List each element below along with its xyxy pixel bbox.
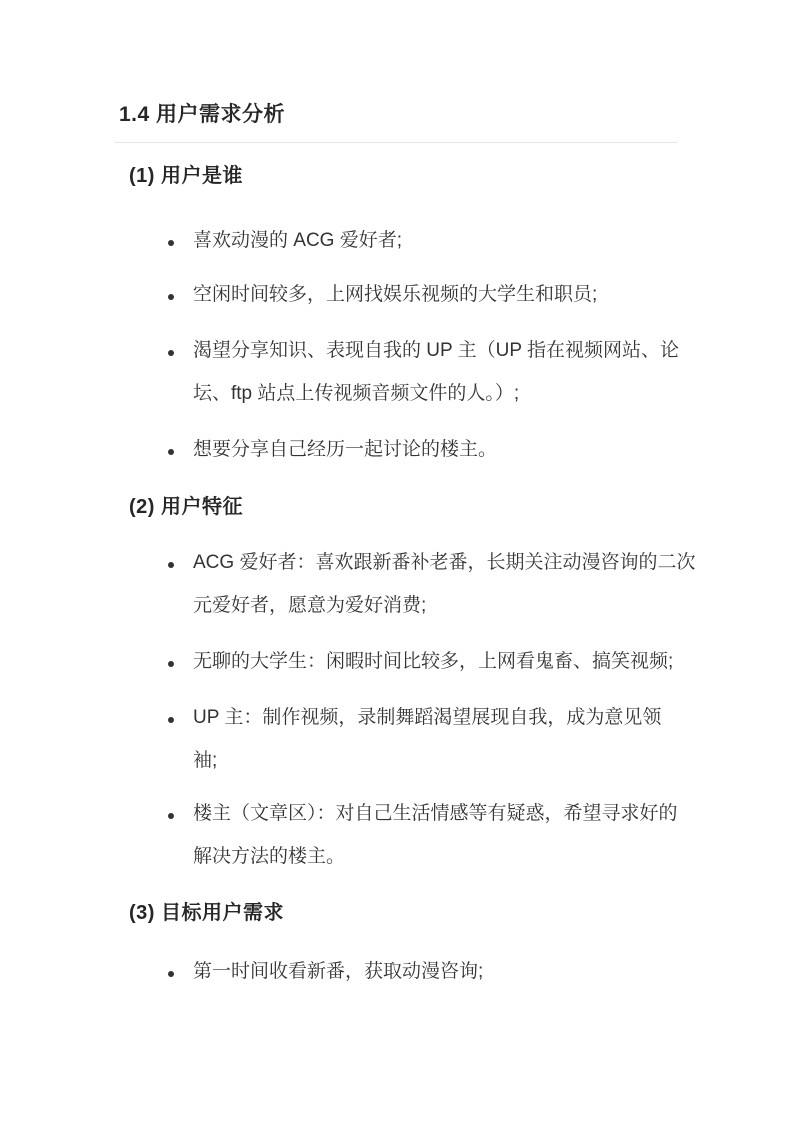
section-heading-1: (1) 用户是谁: [129, 166, 243, 186]
list-item-line: 元爱好者，愿意为爱好消费;: [193, 584, 695, 627]
bullet-dot-icon: [168, 294, 174, 300]
list-item-line: 喜欢动漫的 ACG 爱好者;: [193, 219, 402, 262]
list-item: 无聊的大学生：闲暇时间比较多，上网看鬼畜、搞笑视频;: [193, 640, 673, 683]
bullet-dot-icon: [168, 350, 174, 356]
section-heading-2: (2) 用户特征: [129, 497, 243, 517]
list-item-line: 想要分享自己经历一起讨论的楼主。: [193, 428, 497, 471]
list-item-line: UP 主：制作视频，录制舞蹈渴望展现自我，成为意见领: [193, 696, 661, 739]
bullet-dot-icon: [168, 240, 174, 246]
list-item: ACG 爱好者：喜欢跟新番补老番，长期关注动漫咨询的二次 元爱好者，愿意为爱好消…: [193, 541, 695, 627]
list-item-line: 坛、ftp 站点上传视频音频文件的人。）;: [193, 372, 679, 415]
list-item: 喜欢动漫的 ACG 爱好者;: [193, 219, 402, 262]
list-item-line: 解决方法的楼主。: [193, 835, 678, 878]
bullet-dot-icon: [168, 562, 174, 568]
bullet-dot-icon: [168, 661, 174, 667]
bullet-dot-icon: [168, 717, 174, 723]
document-page: 1.4 用户需求分析 (1) 用户是谁 喜欢动漫的 ACG 爱好者; 空闲时间较…: [0, 0, 793, 1122]
list-item: 想要分享自己经历一起讨论的楼主。: [193, 428, 497, 471]
list-item-line: 渴望分享知识、表现自我的 UP 主（UP 指在视频网站、论: [193, 329, 679, 372]
divider: [115, 142, 677, 143]
list-item-line: ACG 爱好者：喜欢跟新番补老番，长期关注动漫咨询的二次: [193, 541, 695, 584]
list-item-line: 楼主（文章区）：对自己生活情感等有疑惑，希望寻求好的: [193, 792, 678, 835]
bullet-dot-icon: [168, 971, 174, 977]
list-item: 楼主（文章区）：对自己生活情感等有疑惑，希望寻求好的 解决方法的楼主。: [193, 792, 678, 878]
page-title: 1.4 用户需求分析: [119, 104, 285, 125]
list-item-line: 空闲时间较多，上网找娱乐视频的大学生和职员;: [193, 273, 597, 316]
bullet-dot-icon: [168, 813, 174, 819]
list-item-line: 无聊的大学生：闲暇时间比较多，上网看鬼畜、搞笑视频;: [193, 640, 673, 683]
list-item-line: 袖;: [193, 739, 661, 782]
list-item: 空闲时间较多，上网找娱乐视频的大学生和职员;: [193, 273, 597, 316]
list-item-line: 第一时间收看新番，获取动漫咨询;: [193, 950, 483, 993]
list-item: 第一时间收看新番，获取动漫咨询;: [193, 950, 483, 993]
section-heading-3: (3) 目标用户需求: [129, 903, 284, 923]
bullet-dot-icon: [168, 449, 174, 455]
list-item: 渴望分享知识、表现自我的 UP 主（UP 指在视频网站、论 坛、ftp 站点上传…: [193, 329, 679, 415]
list-item: UP 主：制作视频，录制舞蹈渴望展现自我，成为意见领 袖;: [193, 696, 661, 782]
